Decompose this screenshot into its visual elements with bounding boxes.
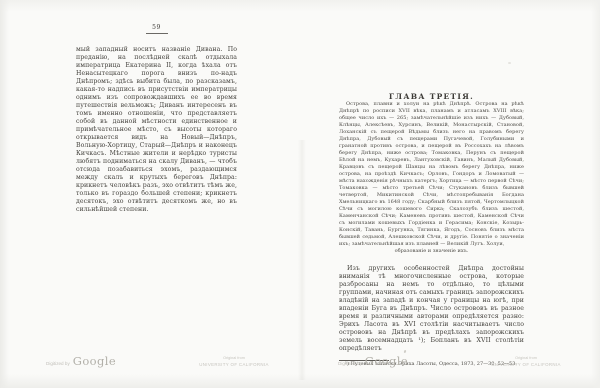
library-stamp-left: Original from UNIVERSITY OF CALIFORNIA	[178, 356, 290, 367]
original-from-label: Original from	[178, 356, 290, 361]
google-logo: Google	[365, 354, 408, 368]
page-gutter-shadow	[298, 140, 306, 380]
page-number-rule	[146, 33, 168, 34]
library-stamp-right: Original from UNIVERSITY OF CALIFORNIA	[470, 356, 582, 367]
right-page: ГЛАВА ТРЕТІЯ. Острова, плавни и холуи на…	[339, 92, 524, 368]
left-page: 59 мый западный носитъ названіе Дивана. …	[76, 24, 237, 214]
chapter-heading: ГЛАВА ТРЕТІЯ.	[339, 92, 524, 101]
chapter-synopsis-end: образованіе и значеніе ихъ.	[339, 248, 524, 255]
google-watermark-right: Digitized by Google	[338, 354, 408, 368]
page-number: 59	[76, 24, 237, 31]
google-watermark-left: Digitized by Google	[46, 354, 116, 368]
chapter-synopsis: Острова, плавни и холуи на рѣкѣ Днѣпрѣ. …	[339, 101, 524, 248]
book-spread: 59 мый западный носитъ названіе Дивана. …	[0, 0, 600, 388]
digitized-by-label: Digitized by	[338, 361, 362, 366]
google-logo: Google	[73, 354, 116, 368]
original-from-label: Original from	[470, 356, 582, 361]
left-page-body-text: мый западный носитъ названіе Дивана. По …	[76, 46, 237, 214]
digitized-by-label: Digitized by	[46, 361, 70, 366]
library-name: UNIVERSITY OF CALIFORNIA	[470, 362, 582, 368]
library-name: UNIVERSITY OF CALIFORNIA	[178, 362, 290, 368]
scan-speck	[508, 62, 511, 64]
right-page-body-text: Изъ другихъ особенностей Днѣпра достойны…	[339, 265, 524, 353]
